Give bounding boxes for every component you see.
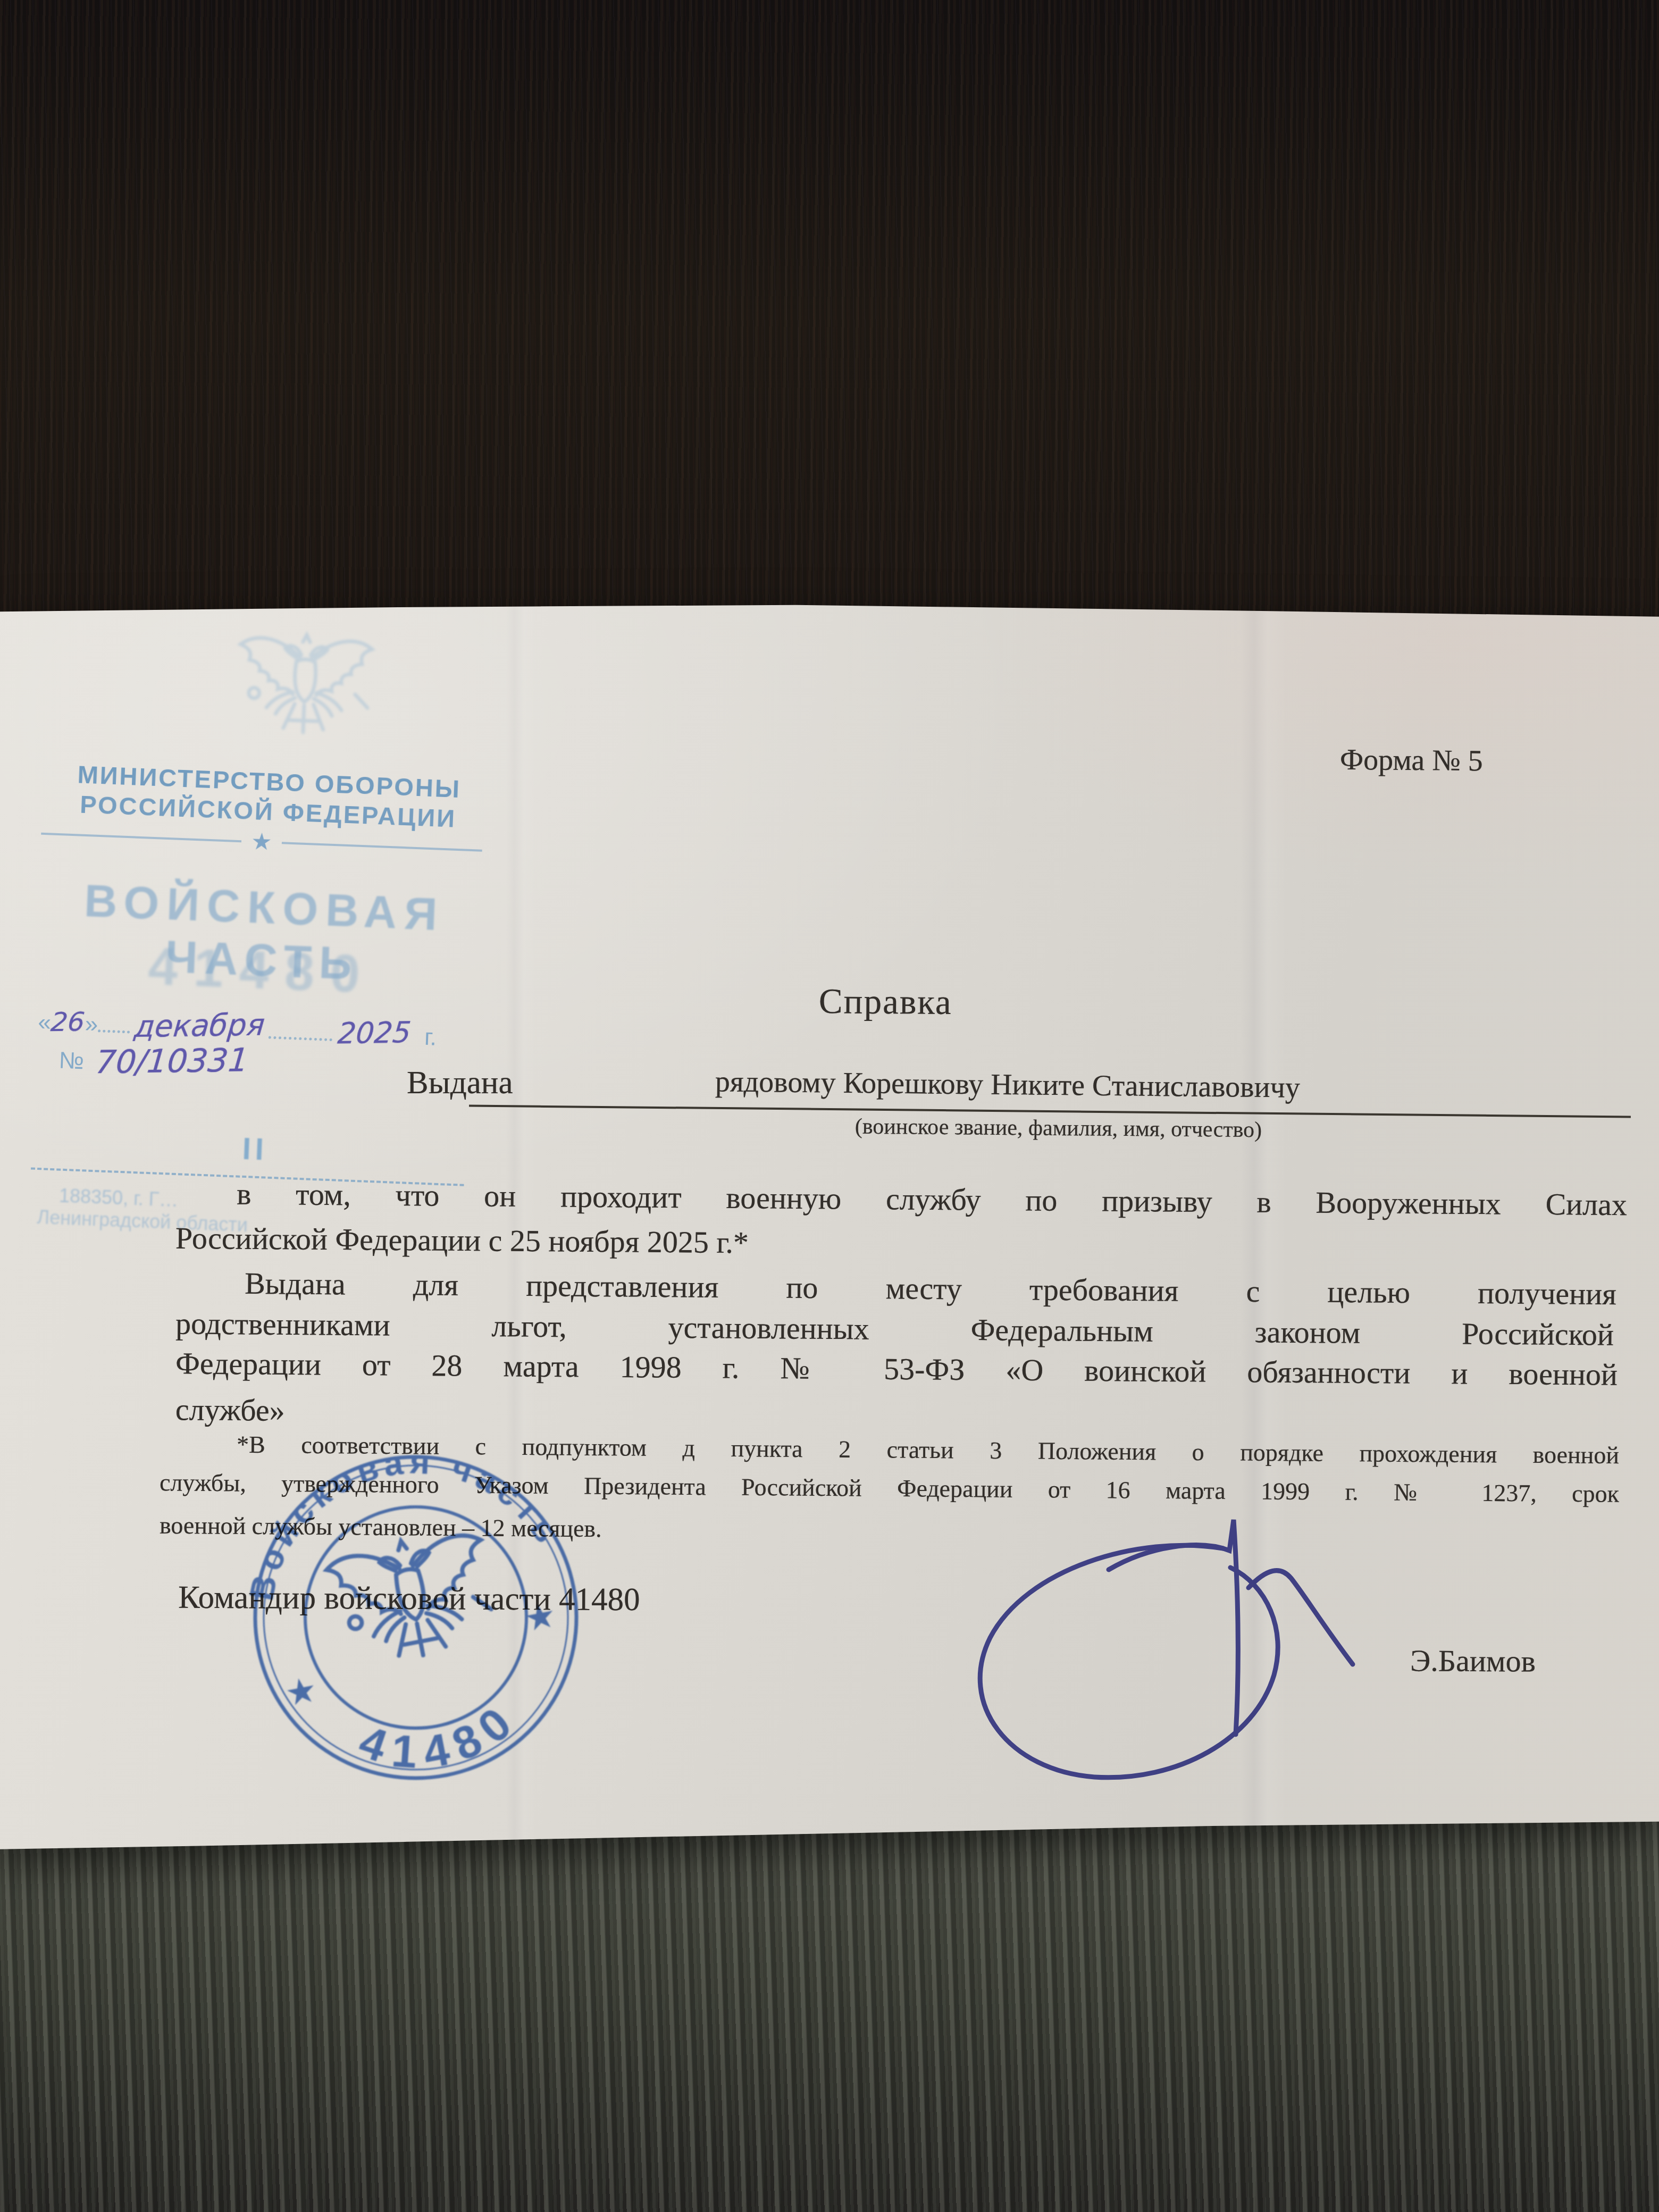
stamp-star-left-icon: ★ bbox=[282, 1670, 320, 1714]
handwritten-day: 26 bbox=[50, 1007, 87, 1038]
body-paragraph2-line1: Выдана для представления по месту требов… bbox=[245, 1266, 1616, 1312]
body-paragraph1-line2: Российской Федерации с 25 ноября 2025 г.… bbox=[175, 1220, 749, 1260]
photo-of-document: МИНИСТЕРСТВО ОБОРОНЫ РОССИЙСКОЙ ФЕДЕРАЦИ… bbox=[0, 0, 1659, 2212]
quote-close: » bbox=[85, 1011, 98, 1038]
roman-numeral-mark: II bbox=[23, 1122, 487, 1176]
signer-name: Э.Баимов bbox=[1410, 1643, 1536, 1679]
stamp-eagle-icon bbox=[324, 1526, 500, 1670]
stamp-number-text: 41480 bbox=[345, 1686, 534, 1792]
handwritten-year: 2025 bbox=[336, 1016, 412, 1050]
document-title: Справка bbox=[819, 981, 952, 1023]
form-number-label: Форма № 5 bbox=[1340, 743, 1483, 778]
dotted-leader bbox=[268, 1034, 332, 1042]
issued-label: Выдана bbox=[407, 1065, 513, 1102]
number-row: № 70/10331 bbox=[58, 1038, 249, 1083]
divider-line-left bbox=[41, 832, 241, 842]
star-icon: ★ bbox=[250, 828, 272, 856]
body-paragraph2-line4: службе» bbox=[175, 1392, 285, 1428]
number-sign: № bbox=[58, 1047, 85, 1075]
stamp-star-right-icon: ★ bbox=[521, 1595, 559, 1639]
paper-wrap: МИНИСТЕРСТВО ОБОРОНЫ РОССИЙСКОЙ ФЕДЕРАЦИ… bbox=[0, 0, 1659, 2212]
body-paragraph2-line2: родственниками льгот, установленных Феде… bbox=[175, 1305, 1614, 1352]
handwritten-number: 70/10331 bbox=[94, 1042, 250, 1082]
issued-caption: (воинское звание, фамилия, имя, отчество… bbox=[812, 1113, 1304, 1143]
divider-line-right bbox=[282, 842, 482, 851]
ministry-emblem-eagle-icon bbox=[156, 615, 454, 767]
round-unit-stamp: Войсковая часть 41480 ★ ★ bbox=[210, 1412, 622, 1823]
document-paper: МИНИСТЕРСТВО ОБОРОНЫ РОССИЙСКОЙ ФЕДЕРАЦИ… bbox=[0, 0, 1659, 2212]
dotted-leader bbox=[98, 1027, 130, 1033]
issued-to-name: рядовому Корешкову Никите Станиславовичу bbox=[715, 1065, 1300, 1105]
body-paragraph2-line3: Федерации от 28 марта 1998 г. № 53-ФЗ «О… bbox=[175, 1345, 1618, 1392]
signature bbox=[952, 1504, 1377, 1807]
date-suffix: г. bbox=[424, 1024, 437, 1051]
letterhead-stamp: МИНИСТЕРСТВО ОБОРОНЫ РОССИЙСКОЙ ФЕДЕРАЦИ… bbox=[20, 608, 507, 1269]
handwritten-month: декабря bbox=[132, 1008, 266, 1045]
